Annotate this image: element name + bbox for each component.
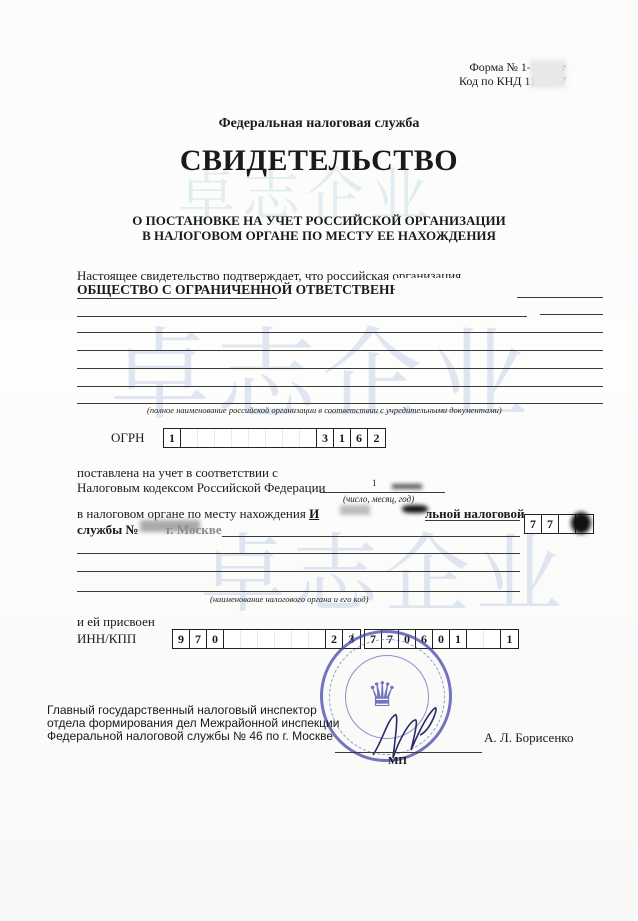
digit-cell: 0 [283,429,300,447]
digit-cell: 0 [198,429,215,447]
digit-cell: 1 [450,630,467,648]
digit-cell: 2 [368,429,385,447]
authority-caption: (наименование налогового органа и его ко… [210,594,369,604]
org-line-0 [517,297,603,298]
digit-cell: 7 [190,630,207,648]
digit-cell: 0 [292,630,309,648]
authority-name-start: И [309,506,319,521]
redaction-form [530,60,566,88]
org-line-1b [540,314,603,315]
authority-underline-1 [425,520,520,521]
digit-cell: 0 [258,630,275,648]
digit-cell: 1 [501,630,518,648]
org-line-1 [77,316,527,317]
digit-cell: 0 [266,429,283,447]
digit-cell: 0 [207,630,224,648]
registration-line-2: Налоговым кодексом Российской Федерации [77,480,326,496]
digit-cell: 0 [309,630,326,648]
digit-cell: 0 [484,630,501,648]
digit-cell: 0 [181,429,198,447]
digit-cell: 7 [542,515,559,533]
subtitle-line-1: О ПОСТАНОВКЕ НА УЧЕТ РОССИЙСКОЙ ОРГАНИЗА… [0,213,638,228]
signature-line [335,752,482,753]
digit-cell: 0 [232,429,249,447]
org-line-2 [77,332,603,333]
date-caption: (число, месяц, год) [343,494,414,504]
subtitle-line-2: В НАЛОГОВОМ ОРГАНЕ ПО МЕСТУ ЕЕ НАХОЖДЕНИ… [0,228,638,243]
watermark-bottom: 卓志企业 [200,505,568,629]
authority-line-3 [77,553,520,554]
assigned-label: и ей присвоен [77,614,155,630]
authority-part2-end: г. Москве [166,522,222,538]
digit-cell: 0 [467,630,484,648]
digit-cell: 7 [525,515,542,533]
authority-part2: службы № [77,522,139,537]
authority-line-4 [77,571,520,572]
authority-underline-2 [222,536,520,537]
digit-cell: 3 [317,429,334,447]
digit-cell: 1 [334,429,351,447]
digit-cell: 0 [215,429,232,447]
ogrn-label: ОГРН [111,430,145,446]
digit-cell: 1 [164,429,181,447]
org-line-3 [77,350,603,351]
authority-line-5 [77,591,520,592]
org-line-5 [77,386,603,387]
agency-name: Федеральная налоговая служба [0,116,638,132]
inn-kpp-label: ИНН/КПП [77,631,136,647]
redaction-org-name [395,278,525,298]
org-line-6 [77,403,603,404]
digit-cell: 9 [173,630,190,648]
registration-line-1: поставлена на учет в соответствии с [77,465,278,481]
digit-cell: 0 [249,429,266,447]
signatory-line-3: Федеральной налоговой службы № 46 по г. … [47,730,339,743]
authority-line-2: службы № [77,522,139,538]
digit-cell: 0 [224,630,241,648]
seal-label: МП [388,755,407,767]
ogrn-boxes: 1000000003162 [163,428,386,448]
redaction-authority-code [571,512,591,534]
signatory-title: Главный государственный налоговый инспек… [47,704,339,743]
org-line-4 [77,368,603,369]
org-name-underline [77,298,277,299]
redaction-date [392,484,422,489]
digit-cell: 0 [241,630,258,648]
date-underline [320,492,445,493]
signatory-name: А. Л. Борисенко [484,730,573,746]
digit-cell: 0 [433,630,450,648]
digit-cell: 2 [326,630,343,648]
digit-cell: 0 [300,429,317,447]
inn-boxes: 97000000023 [172,629,361,649]
digit-cell: 6 [351,429,368,447]
org-name-caption: (полное наименование российской организа… [147,405,502,415]
certificate-page: 卓志企业 卓志企业 卓志企业 Форма № 1-1-Учет Код по К… [0,0,638,921]
registration-date: 1 [372,478,377,488]
certificate-subtitle: О ПОСТАНОВКЕ НА УЧЕТ РОССИЙСКОЙ ОРГАНИЗА… [0,213,638,243]
digit-cell: 0 [275,630,292,648]
redaction-authority-a [340,505,370,515]
authority-prefix: в налоговом органе по месту нахождения [77,506,309,521]
certificate-title: СВИДЕТЕЛЬСТВО [0,144,638,178]
